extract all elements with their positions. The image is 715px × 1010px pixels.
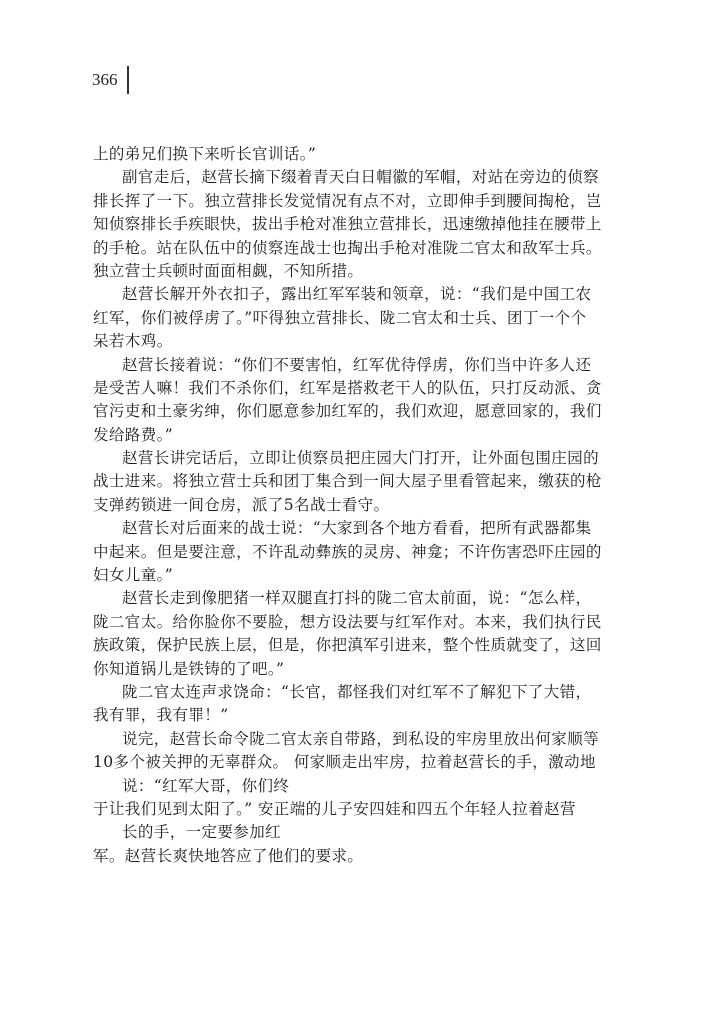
text-line: 10多个被关押的无辜群众。 何家顺走出牢房，拉着赵营长的手，激动地 bbox=[93, 751, 715, 774]
text-line: 的手枪。站在队伍中的侦察连战士也掏出手枪对准陇二官太和敌军士兵。 bbox=[93, 237, 715, 260]
text-line: 赵营长讲完话后，立即让侦察员把庄园大门打开，让外面包围庄园的 bbox=[93, 447, 715, 470]
text-line: 族政策，保护民族上层，但是，你把滇军引进来，整个性质就变了，这回 bbox=[93, 634, 715, 657]
text-line: 呆若木鸡。 bbox=[93, 330, 715, 353]
text-line: 赵营长对后面来的战士说：“大家到各个地方看看，把所有武器都集 bbox=[93, 517, 715, 540]
text-line: 排长挥了一下。独立营排长发觉情况有点不对，立即伸手到腰间掏枪，岂 bbox=[93, 190, 715, 213]
page-number: 366 bbox=[92, 70, 118, 90]
text-line: 上的弟兄们换下来听长官训话。” bbox=[93, 143, 715, 166]
text-line: 说：“红军大哥，你们终 bbox=[93, 775, 715, 798]
text-line: 妇女儿童。” bbox=[93, 564, 715, 587]
text-line: 副官走后，赵营长摘下缀着青天白日帽徽的军帽，对站在旁边的侦察 bbox=[93, 166, 715, 189]
text-line: 于让我们见到太阳了。” 安正端的儿子安四娃和四五个年轻人拉着赵营 bbox=[93, 798, 715, 821]
text-line: 长的手，一定要参加红 bbox=[93, 821, 715, 844]
text-line: 赵营长走到像肥猪一样双腿直打抖的陇二官太前面，说：“怎么样， bbox=[93, 587, 715, 610]
text-line: 中起来。但是要注意，不许乱动彝族的灵房、神龛；不许伤害恐吓庄园的 bbox=[93, 541, 715, 564]
text-line: 你知道锅儿是铁铸的了吧。” bbox=[93, 658, 715, 681]
text-line: 军。赵营长爽快地答应了他们的要求。 bbox=[93, 845, 715, 868]
text-line: 我有罪，我有罪！” bbox=[93, 704, 715, 727]
text-line: 发给路费。” bbox=[93, 424, 715, 447]
text-line: 官污吏和土豪劣绅，你们愿意参加红军的，我们欢迎，愿意回家的，我们 bbox=[93, 400, 715, 423]
text-line: 陇二官太连声求饶命：“长官，都怪我们对红军不了解犯下了大错， bbox=[93, 681, 715, 704]
text-line: 陇二官太。给你脸你不要脸，想方设法要与红军作对。本来，我们执行民 bbox=[93, 611, 715, 634]
text-line: 知侦察排长手疾眼快，拔出手枪对准独立营排长，迅速缴掉他挂在腰带上 bbox=[93, 213, 715, 236]
text-line: 独立营士兵顿时面面相觑，不知所措。 bbox=[93, 260, 715, 283]
text-line: 赵营长接着说：“你们不要害怕，红军优待俘虏，你们当中许多人还 bbox=[93, 354, 715, 377]
text-line: 说完，赵营长命令陇二官太亲自带路，到私设的牢房里放出何家顺等 bbox=[93, 728, 715, 751]
text-line: 战士进来。将独立营士兵和团丁集合到一间大屋子里看管起来，缴获的枪 bbox=[93, 470, 715, 493]
text-line: 支弹药锁进一间仓房，派了5名战士看守。 bbox=[93, 494, 715, 517]
text-line: 是受苦人嘛！我们不杀你们，红军是搭救老干人的队伍，只打反动派、贪 bbox=[93, 377, 715, 400]
text-line: 赵营长解开外衣扣子，露出红军军装和领章，说：“我们是中国工农 bbox=[93, 283, 715, 306]
text-line: 红军，你们被俘虏了。”吓得独立营排长、陇二官太和士兵、团丁一个个 bbox=[93, 307, 715, 330]
page-number-divider bbox=[127, 66, 129, 94]
body-text: 上的弟兄们换下来听长官训话。”副官走后，赵营长摘下缀着青天白日帽徽的军帽，对站在… bbox=[93, 143, 715, 868]
